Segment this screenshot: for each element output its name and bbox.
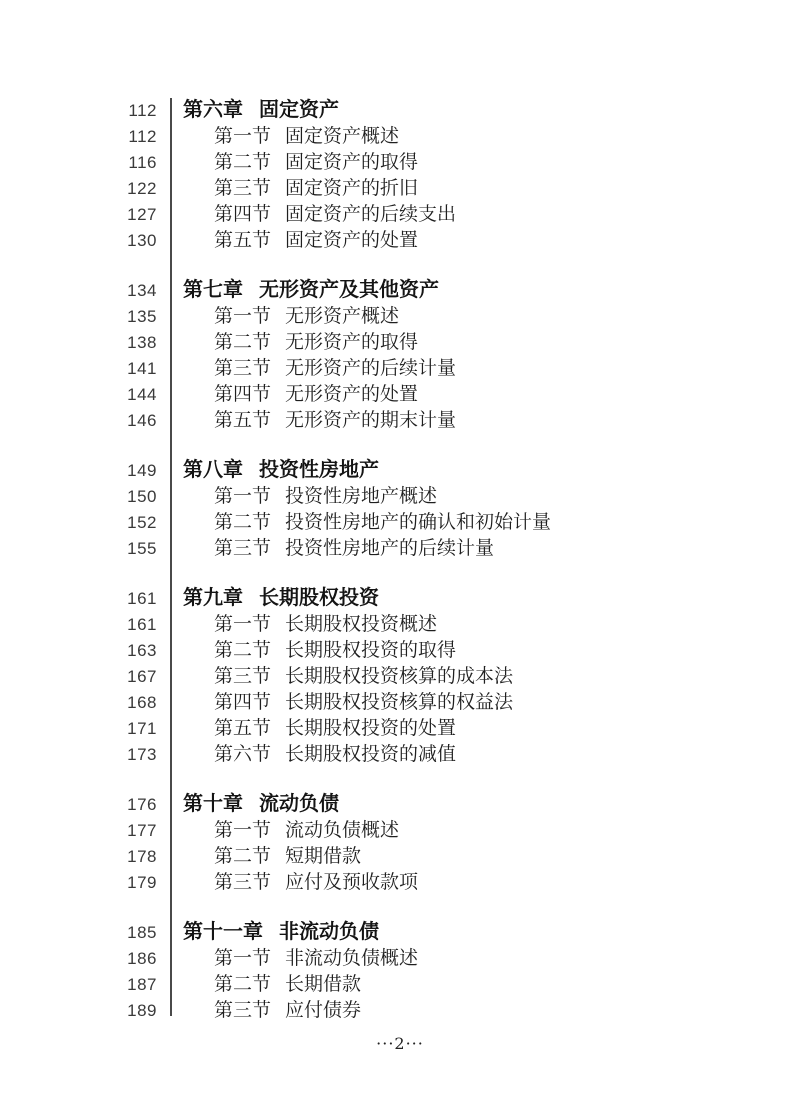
section-title: 无形资产的取得 (285, 331, 418, 353)
section-title: 固定资产概述 (285, 125, 399, 147)
toc-page: 112 第六章固定资产 112 第一节固定资产概述 116 第二节固定资产的取得… (0, 0, 800, 1114)
page-number: 161 (0, 586, 157, 612)
page-number: 144 (0, 382, 157, 408)
page-number: 122 (0, 176, 157, 202)
chapter-block: 176 第十章流动负债 177 第一节流动负债概述 178 第二节短期借款 17… (0, 791, 800, 895)
section-label: 第四节 (214, 691, 271, 713)
section-label: 第一节 (214, 613, 271, 635)
chapter-block: 149 第八章投资性房地产 150 第一节投资性房地产概述 152 第二节投资性… (0, 457, 800, 561)
chapter-title: 长期股权投资 (259, 587, 379, 609)
chapter-block: 185 第十一章非流动负债 186 第一节非流动负债概述 187 第二节长期借款… (0, 919, 800, 1023)
section-label: 第二节 (214, 151, 271, 173)
section-label: 第五节 (214, 409, 271, 431)
page-number: 161 (0, 612, 157, 638)
section-entry: 第六节长期股权投资的减值 (214, 741, 456, 767)
page-number: 112 (0, 124, 157, 150)
toc-section-row: 127 第四节固定资产的后续支出 (0, 201, 800, 227)
section-label: 第四节 (214, 203, 271, 225)
page-number: 135 (0, 304, 157, 330)
section-label: 第二节 (214, 511, 271, 533)
table-of-contents: 112 第六章固定资产 112 第一节固定资产概述 116 第二节固定资产的取得… (0, 97, 800, 1047)
section-label: 第二节 (214, 845, 271, 867)
toc-section-row: 167 第三节长期股权投资核算的成本法 (0, 663, 800, 689)
page-number: 176 (0, 792, 157, 818)
toc-section-row: 152 第二节投资性房地产的确认和初始计量 (0, 509, 800, 535)
section-entry: 第一节投资性房地产概述 (214, 483, 437, 509)
toc-section-row: 171 第五节长期股权投资的处置 (0, 715, 800, 741)
page-number: 167 (0, 664, 157, 690)
page-number: 116 (0, 150, 157, 176)
toc-section-row: 177 第一节流动负债概述 (0, 817, 800, 843)
chapter-label: 第七章 (183, 279, 243, 301)
toc-section-row: 187 第二节长期借款 (0, 971, 800, 997)
toc-section-row: 150 第一节投资性房地产概述 (0, 483, 800, 509)
section-title: 短期借款 (285, 845, 361, 867)
section-title: 非流动负债概述 (285, 947, 418, 969)
page-number: 150 (0, 484, 157, 510)
section-entry: 第三节无形资产的后续计量 (214, 355, 456, 381)
toc-section-row: 144 第四节无形资产的处置 (0, 381, 800, 407)
chapter-heading: 第八章投资性房地产 (183, 457, 379, 483)
section-title: 无形资产的处置 (285, 383, 418, 405)
section-label: 第三节 (214, 177, 271, 199)
toc-section-row: 122 第三节固定资产的折旧 (0, 175, 800, 201)
toc-chapter-row: 134 第七章无形资产及其他资产 (0, 277, 800, 303)
chapter-label: 第六章 (183, 99, 243, 121)
section-entry: 第一节非流动负债概述 (214, 945, 418, 971)
section-entry: 第三节固定资产的折旧 (214, 175, 418, 201)
section-title: 长期股权投资概述 (285, 613, 437, 635)
section-entry: 第二节长期股权投资的取得 (214, 637, 456, 663)
page-number: 163 (0, 638, 157, 664)
section-title: 长期股权投资核算的权益法 (285, 691, 513, 713)
page-number: 177 (0, 818, 157, 844)
section-label: 第一节 (214, 485, 271, 507)
toc-chapter-row: 176 第十章流动负债 (0, 791, 800, 817)
section-entry: 第二节无形资产的取得 (214, 329, 418, 355)
section-entry: 第三节应付及预收款项 (214, 869, 418, 895)
section-label: 第二节 (214, 639, 271, 661)
section-label: 第三节 (214, 357, 271, 379)
section-label: 第五节 (214, 717, 271, 739)
section-entry: 第四节固定资产的后续支出 (214, 201, 456, 227)
page-number: 130 (0, 228, 157, 254)
toc-section-row: 168 第四节长期股权投资核算的权益法 (0, 689, 800, 715)
section-entry: 第一节流动负债概述 (214, 817, 399, 843)
chapter-title: 非流动负债 (279, 921, 379, 943)
page-number: 186 (0, 946, 157, 972)
toc-section-row: 138 第二节无形资产的取得 (0, 329, 800, 355)
page-number: 138 (0, 330, 157, 356)
section-title: 应付及预收款项 (285, 871, 418, 893)
section-label: 第六节 (214, 743, 271, 765)
section-entry: 第二节长期借款 (214, 971, 361, 997)
chapter-label: 第十一章 (183, 921, 263, 943)
section-label: 第二节 (214, 973, 271, 995)
section-entry: 第三节应付债券 (214, 997, 361, 1023)
toc-chapter-row: 149 第八章投资性房地产 (0, 457, 800, 483)
section-entry: 第三节投资性房地产的后续计量 (214, 535, 494, 561)
section-entry: 第二节短期借款 (214, 843, 361, 869)
page-number: 187 (0, 972, 157, 998)
section-title: 固定资产的折旧 (285, 177, 418, 199)
chapter-label: 第九章 (183, 587, 243, 609)
section-entry: 第三节长期股权投资核算的成本法 (214, 663, 513, 689)
chapter-heading: 第七章无形资产及其他资产 (183, 277, 439, 303)
section-title: 固定资产的取得 (285, 151, 418, 173)
section-label: 第一节 (214, 305, 271, 327)
chapter-label: 第十章 (183, 793, 243, 815)
page-number: 178 (0, 844, 157, 870)
page-number: 171 (0, 716, 157, 742)
page-number: 112 (0, 98, 157, 124)
section-title: 投资性房地产概述 (285, 485, 437, 507)
section-entry: 第四节长期股权投资核算的权益法 (214, 689, 513, 715)
section-entry: 第一节无形资产概述 (214, 303, 399, 329)
toc-chapter-row: 161 第九章长期股权投资 (0, 585, 800, 611)
section-title: 长期借款 (285, 973, 361, 995)
section-title: 长期股权投资的取得 (285, 639, 456, 661)
toc-section-row: 116 第二节固定资产的取得 (0, 149, 800, 175)
section-label: 第四节 (214, 383, 271, 405)
page-number: 152 (0, 510, 157, 536)
section-label: 第一节 (214, 819, 271, 841)
page-number: 189 (0, 998, 157, 1024)
chapter-block: 134 第七章无形资产及其他资产 135 第一节无形资产概述 138 第二节无形… (0, 277, 800, 433)
page-number: 146 (0, 408, 157, 434)
section-entry: 第一节长期股权投资概述 (214, 611, 437, 637)
toc-section-row: 179 第三节应付及预收款项 (0, 869, 800, 895)
toc-section-row: 130 第五节固定资产的处置 (0, 227, 800, 253)
toc-section-row: 173 第六节长期股权投资的减值 (0, 741, 800, 767)
toc-section-row: 135 第一节无形资产概述 (0, 303, 800, 329)
section-title: 固定资产的后续支出 (285, 203, 456, 225)
page-number: 173 (0, 742, 157, 768)
section-title: 固定资产的处置 (285, 229, 418, 251)
section-label: 第一节 (214, 947, 271, 969)
chapter-heading: 第十章流动负债 (183, 791, 339, 817)
section-entry: 第五节固定资产的处置 (214, 227, 418, 253)
section-title: 无形资产的期末计量 (285, 409, 456, 431)
page-number: 185 (0, 920, 157, 946)
chapter-title: 无形资产及其他资产 (259, 279, 439, 301)
chapter-heading: 第九章长期股权投资 (183, 585, 379, 611)
toc-section-row: 146 第五节无形资产的期末计量 (0, 407, 800, 433)
page-number: 134 (0, 278, 157, 304)
chapter-heading: 第六章固定资产 (183, 97, 339, 123)
toc-section-row: 189 第三节应付债券 (0, 997, 800, 1023)
section-label: 第三节 (214, 665, 271, 687)
chapter-label: 第八章 (183, 459, 243, 481)
section-title: 长期股权投资核算的成本法 (285, 665, 513, 687)
chapter-block: 112 第六章固定资产 112 第一节固定资产概述 116 第二节固定资产的取得… (0, 97, 800, 253)
toc-section-row: 155 第三节投资性房地产的后续计量 (0, 535, 800, 561)
footer-page-number: ···2··· (0, 1034, 800, 1053)
section-entry: 第五节长期股权投资的处置 (214, 715, 456, 741)
page-number: 155 (0, 536, 157, 562)
page-number: 149 (0, 458, 157, 484)
toc-section-row: 163 第二节长期股权投资的取得 (0, 637, 800, 663)
section-label: 第三节 (214, 999, 271, 1021)
toc-chapter-row: 185 第十一章非流动负债 (0, 919, 800, 945)
section-title: 长期股权投资的处置 (285, 717, 456, 739)
chapter-heading: 第十一章非流动负债 (183, 919, 379, 945)
section-label: 第一节 (214, 125, 271, 147)
section-label: 第二节 (214, 331, 271, 353)
page-number: 127 (0, 202, 157, 228)
toc-section-row: 178 第二节短期借款 (0, 843, 800, 869)
page-number: 168 (0, 690, 157, 716)
section-title: 流动负债概述 (285, 819, 399, 841)
toc-section-row: 186 第一节非流动负债概述 (0, 945, 800, 971)
chapter-title: 固定资产 (259, 99, 339, 121)
chapter-title: 投资性房地产 (259, 459, 379, 481)
section-entry: 第四节无形资产的处置 (214, 381, 418, 407)
page-number: 179 (0, 870, 157, 896)
section-title: 长期股权投资的减值 (285, 743, 456, 765)
section-title: 无形资产的后续计量 (285, 357, 456, 379)
section-label: 第三节 (214, 871, 271, 893)
page-number: 141 (0, 356, 157, 382)
section-entry: 第五节无形资产的期末计量 (214, 407, 456, 433)
section-entry: 第二节投资性房地产的确认和初始计量 (214, 509, 551, 535)
chapter-block: 161 第九章长期股权投资 161 第一节长期股权投资概述 163 第二节长期股… (0, 585, 800, 767)
section-title: 无形资产概述 (285, 305, 399, 327)
toc-section-row: 112 第一节固定资产概述 (0, 123, 800, 149)
section-title: 投资性房地产的后续计量 (285, 537, 494, 559)
toc-section-row: 141 第三节无形资产的后续计量 (0, 355, 800, 381)
section-entry: 第一节固定资产概述 (214, 123, 399, 149)
section-entry: 第二节固定资产的取得 (214, 149, 418, 175)
section-title: 投资性房地产的确认和初始计量 (285, 511, 551, 533)
chapter-title: 流动负债 (259, 793, 339, 815)
section-label: 第五节 (214, 229, 271, 251)
section-title: 应付债券 (285, 999, 361, 1021)
section-label: 第三节 (214, 537, 271, 559)
toc-section-row: 161 第一节长期股权投资概述 (0, 611, 800, 637)
toc-chapter-row: 112 第六章固定资产 (0, 97, 800, 123)
